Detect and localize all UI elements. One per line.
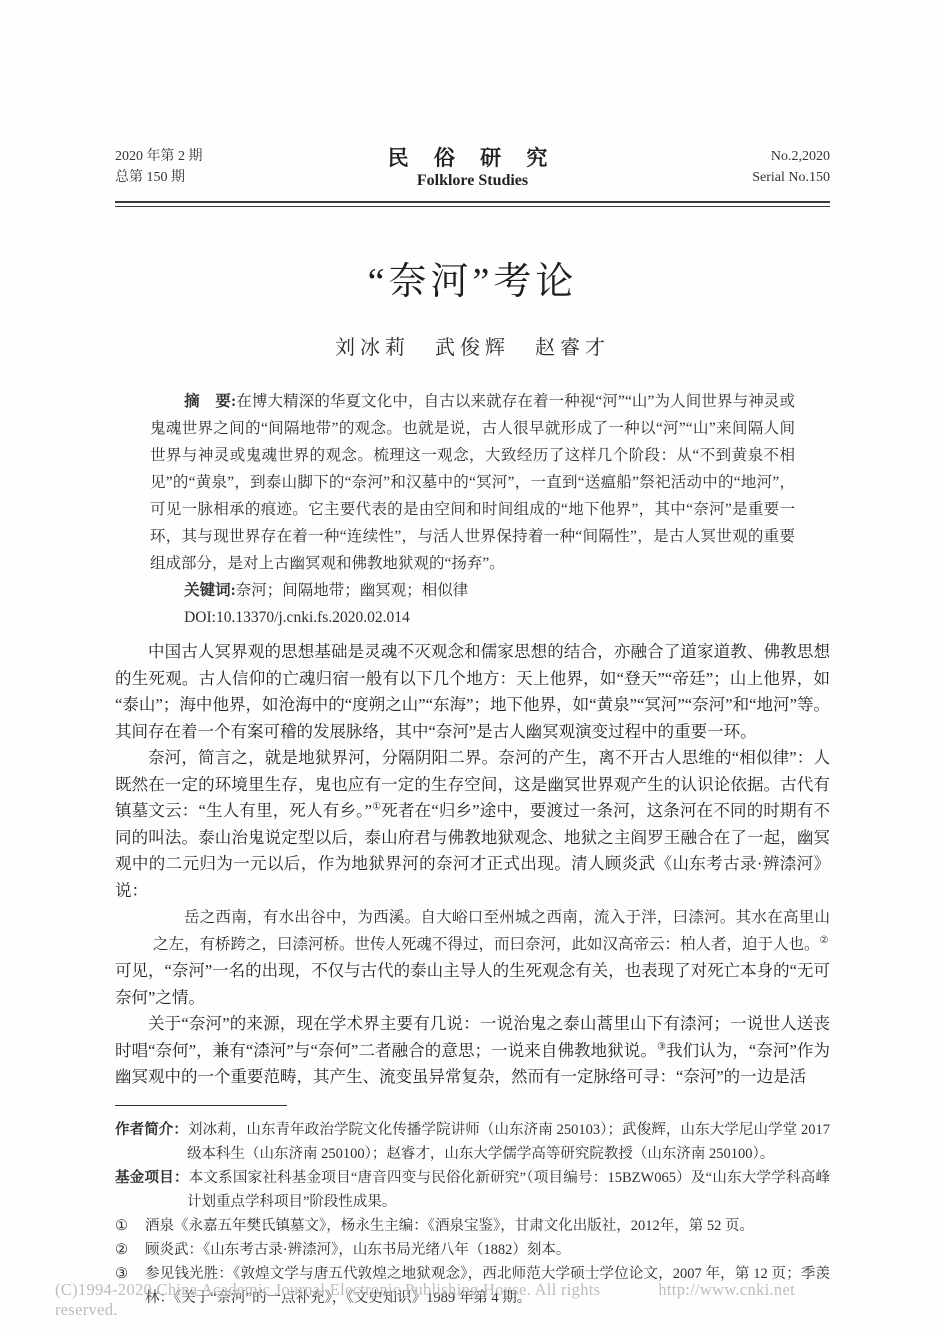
abstract-label: 摘 要: xyxy=(184,393,236,410)
body-paragraph-3: 可见，“奈河”一名的出现，不仅与古代的泰山主导人的生死观念有关，也表现了对死亡本… xyxy=(115,958,830,1011)
footnote-ref-3: ③ xyxy=(657,1041,666,1052)
keywords-label: 关键词: xyxy=(184,582,236,599)
cnki-watermark: (C)1994-2020 China Academic Journal Elec… xyxy=(55,1280,795,1320)
footnote-ref-1: ① xyxy=(372,802,381,813)
footnote-2-marker: ② xyxy=(115,1238,145,1262)
issue-info: 2020 年第 2 期 总第 150 期 xyxy=(115,146,285,188)
funding-text: 本文系国家社科基金项目“唐音四变与民俗化新研究”（项目编号：15BZW065）及… xyxy=(187,1170,830,1210)
body-paragraph-1: 中国古人冥界观的思想基础是灵魂不灭观念和儒家思想的结合，亦融合了道家道教、佛教思… xyxy=(115,639,830,745)
funding-label: 基金项目： xyxy=(115,1170,189,1186)
block-quote: 岳之西南，有水出谷中，为西溪。自大峪口至州城之西南，流入于泮，曰渿河。其水在高里… xyxy=(153,904,830,958)
body-paragraph-4: 关于“奈河”的来源，现在学术界主要有几说：一说治鬼之泰山蒿里山下有渿河；一说世人… xyxy=(115,1011,830,1091)
journal-name-en: Folklore Studies xyxy=(285,170,660,192)
journal-header: 2020 年第 2 期 总第 150 期 民 俗 研 究 Folklore St… xyxy=(115,146,830,192)
abstract-paragraph: 摘 要:在博大精深的华夏文化中，自古以来就存在着一种视“河”“山”为人间世界与神… xyxy=(150,388,795,577)
footnote-2-text: 顾炎武：《山东考古录·辨渿河》，山东书局光绪八年（1882）刻本。 xyxy=(145,1242,570,1258)
footnote-1-text: 酒泉《永嘉五年樊氏镇墓文》，杨永生主编：《酒泉宝鉴》，甘肃文化出版社，2012年… xyxy=(145,1218,754,1234)
doi-line: DOI:10.13370/j.cnki.fs.2020.02.014 xyxy=(150,604,795,631)
body-paragraph-2: 奈河，简言之，就是地狱界河，分隔阴阳二界。奈河的产生，离不开古人思维的“相似律”… xyxy=(115,745,830,904)
article-authors: 刘冰莉 武俊辉 赵睿才 xyxy=(115,331,830,360)
issue-info-en: No.2,2020 Serial No.150 xyxy=(660,146,830,188)
serial-number-cn: 总第 150 期 xyxy=(115,167,285,188)
quote-body: 岳之西南，有水出谷中，为西溪。自大峪口至州城之西南，流入于泮，曰渿河。其水在高里… xyxy=(153,909,830,953)
copyright-text: (C)1994-2020 China Academic Journal Elec… xyxy=(55,1280,658,1320)
abstract-text: 在博大精深的华夏文化中，自古以来就存在着一种视“河”“山”为人间世界与神灵或鬼魂… xyxy=(150,393,795,572)
issue-number-en: No.2,2020 xyxy=(660,146,830,167)
author-bio-label: 作者简介： xyxy=(115,1122,188,1138)
issue-number: 2020 年第 2 期 xyxy=(115,146,285,167)
article-title: “奈河”考论 xyxy=(115,259,830,305)
footnote-1: ①酒泉《永嘉五年樊氏镇墓文》，杨永生主编：《酒泉宝鉴》，甘肃文化出版社，2012… xyxy=(115,1214,830,1238)
header-divider xyxy=(115,201,830,207)
journal-name-cn: 民 俗 研 究 xyxy=(285,146,660,170)
article-body: 中国古人冥界观的思想基础是灵魂不灭观念和儒家思想的结合，亦融合了道家道教、佛教思… xyxy=(115,639,830,1091)
funding-info: 基金项目：本文系国家社科基金项目“唐音四变与民俗化新研究”（项目编号：15BZW… xyxy=(115,1166,830,1214)
footnote-ref-2: ② xyxy=(820,935,829,946)
footnote-2: ②顾炎武：《山东考古录·辨渿河》，山东书局光绪八年（1882）刻本。 xyxy=(115,1238,830,1262)
author-bio: 作者简介：刘冰莉，山东青年政治学院文化传播学院讲师（山东济南 250103）；武… xyxy=(115,1118,830,1166)
author-bio-text: 刘冰莉，山东青年政治学院文化传播学院讲师（山东济南 250103）；武俊辉，山东… xyxy=(187,1122,830,1162)
keywords-line: 关键词:奈河；间隔地带；幽冥观；相似律 xyxy=(150,577,795,604)
journal-page: 2020 年第 2 期 总第 150 期 民 俗 研 究 Folklore St… xyxy=(0,0,945,1336)
keywords-text: 奈河；间隔地带；幽冥观；相似律 xyxy=(236,582,469,599)
serial-number-en: Serial No.150 xyxy=(660,167,830,188)
journal-name-block: 民 俗 研 究 Folklore Studies xyxy=(285,146,660,192)
cnki-url: http://www.cnki.net xyxy=(658,1280,795,1320)
quote-text: 岳之西南，有水出谷中，为西溪。自大峪口至州城之西南，流入于泮，曰渿河。其水在高里… xyxy=(153,904,830,958)
abstract-block: 摘 要:在博大精深的华夏文化中，自古以来就存在着一种视“河”“山”为人间世界与神… xyxy=(150,388,795,631)
footnote-1-marker: ① xyxy=(115,1214,145,1238)
footnote-divider xyxy=(115,1105,287,1106)
